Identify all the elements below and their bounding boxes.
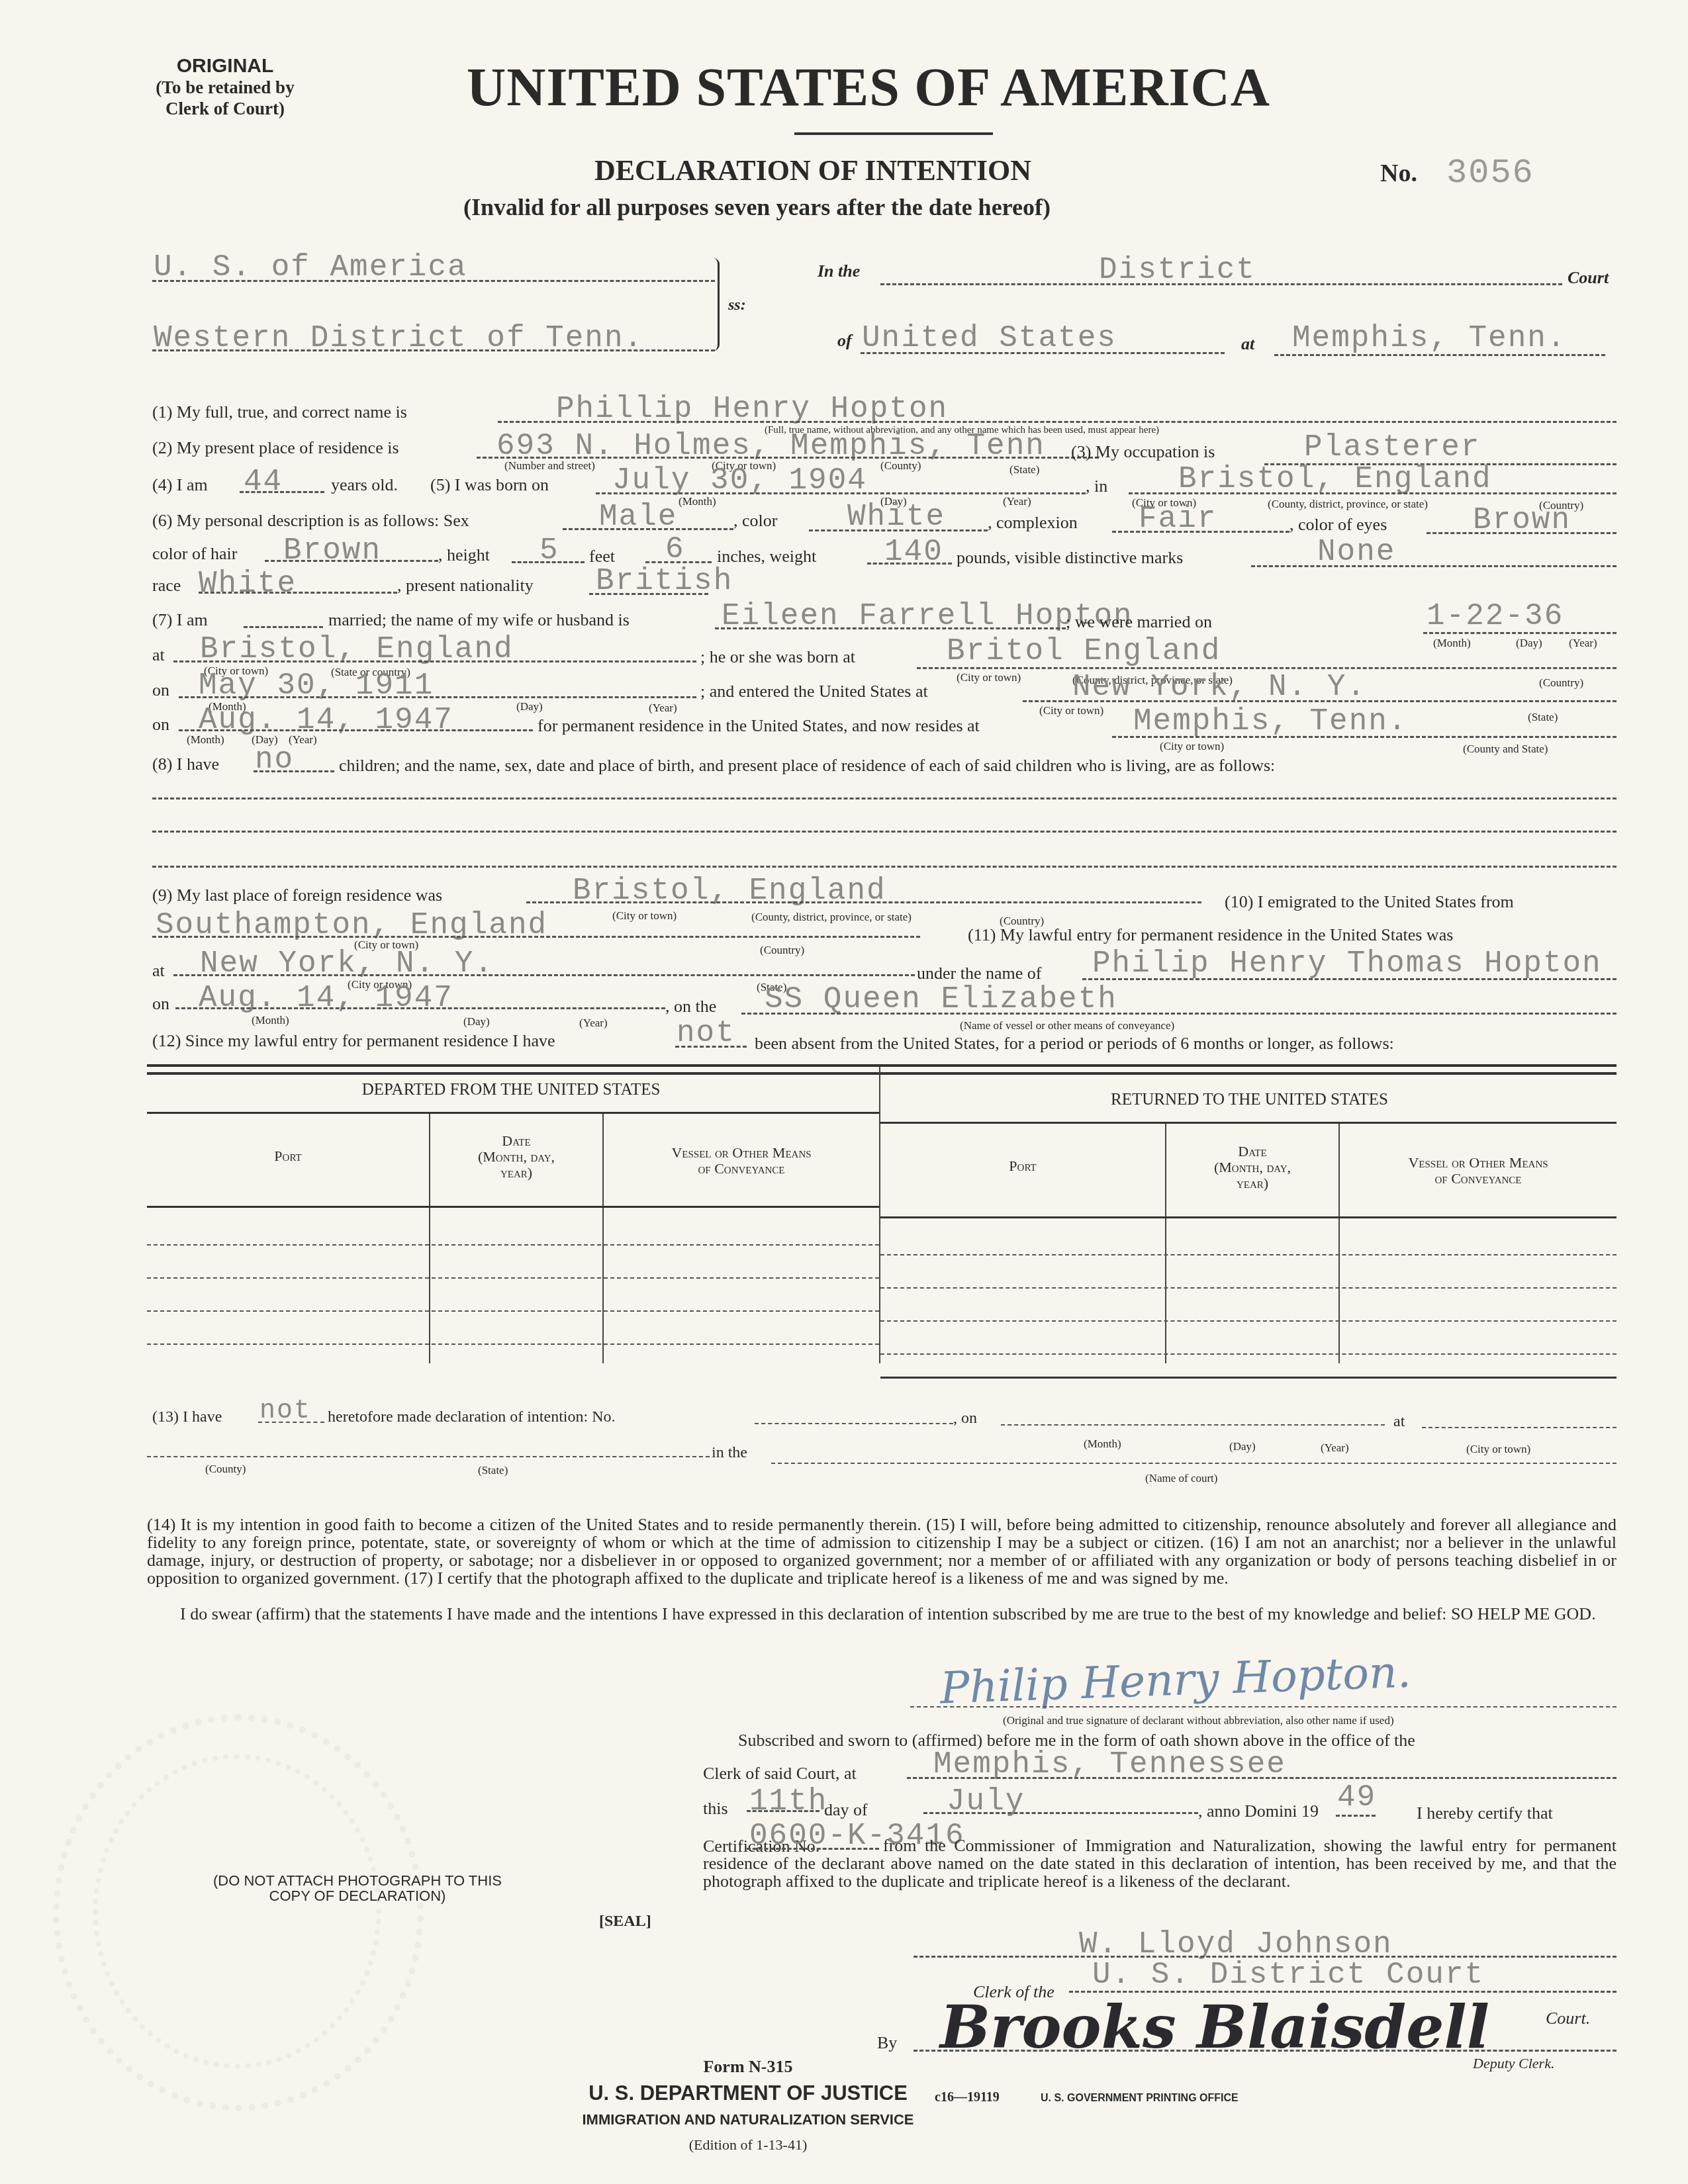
departed-header-rule [147, 1206, 879, 1208]
spouse-resides-line [1112, 736, 1617, 738]
oath-paragraph: (14) It is my intention in good faith to… [147, 1516, 1617, 1587]
table-bottom-rule [880, 1377, 1617, 1379]
caption-year: (Year) [1003, 495, 1031, 508]
date-header-line-2: (Month, day, [430, 1149, 602, 1165]
q9-label: (9) My last place of foreign residence w… [152, 886, 442, 905]
caption-resides-city: (City or town) [1160, 740, 1224, 753]
q13-date-line [1001, 1424, 1385, 1426]
spouse-entered-label: ; and entered the United States at [700, 682, 928, 702]
date-header-line-3: year) [430, 1165, 602, 1181]
court-type-line [880, 283, 1562, 285]
departed-row-3[interactable] [147, 1310, 879, 1312]
anno-domini-label: , anno Domini 19 [1198, 1801, 1319, 1821]
caption-emigrated-country: (Country) [760, 944, 804, 957]
returned-col-port: Port [880, 1158, 1165, 1174]
caption-spouse-entry-city: (City or town) [1039, 704, 1103, 717]
returned-row-4[interactable] [880, 1353, 1617, 1355]
caption-foreign-city: (City or town) [612, 909, 677, 923]
q13-label: (13) I have [152, 1408, 222, 1426]
by-label: By [877, 2033, 897, 2053]
court-of-line [861, 352, 1225, 354]
hair-line [265, 560, 438, 562]
caption-spouse-entry-state: (State) [1528, 711, 1558, 724]
entry-name: Philip Henry Thomas Hopton [1092, 946, 1602, 981]
vessel-header-line-2: of Conveyance [1340, 1171, 1617, 1187]
vessel-header-line-2: of Conveyance [604, 1161, 879, 1177]
nationality-label: , present nationality [397, 576, 534, 596]
court-location: Memphis, Tenn. [1292, 321, 1566, 355]
height-inches-line [645, 561, 712, 563]
children-detail-line-2 [152, 831, 1617, 833]
clerk-court: U. S. District Court [1092, 1958, 1484, 1992]
of-label: of [837, 331, 852, 351]
q13-at-label: at [1393, 1413, 1405, 1431]
returned-col-date: Date (Month, day, year) [1166, 1144, 1338, 1191]
caption-entry-date-month: (Month) [252, 1014, 289, 1027]
original-label: ORIGINAL (To be retained by Clerk of Cou… [146, 56, 305, 119]
q13-caption-day: (Day) [1229, 1440, 1256, 1453]
declarant-signature-line [910, 1706, 1617, 1707]
returned-col-vessel: Vessel or Other Means of Conveyance [1340, 1155, 1617, 1187]
table-center-divider [879, 1067, 880, 1363]
spouse-born-on-label: on [152, 680, 169, 700]
court-label: Court [1568, 268, 1609, 288]
departed-row-4[interactable] [147, 1343, 879, 1345]
original-text: ORIGINAL [146, 56, 305, 77]
returned-row-2[interactable] [880, 1287, 1617, 1289]
height-label: , height [438, 545, 490, 565]
married-date-line [1423, 632, 1617, 634]
color-label: , color [733, 511, 777, 531]
caption-county-state: (County and State) [1463, 743, 1548, 756]
caption-foreign-county: (County, district, province, or state) [751, 911, 912, 924]
children-line [254, 770, 334, 772]
caption-married-year: (Year) [1569, 637, 1597, 650]
table-top-rule-2 [147, 1072, 1617, 1075]
q10-label: (10) I emigrated to the United States fr… [1225, 892, 1514, 912]
q13-caption-city: (City or town) [1466, 1443, 1530, 1456]
returned-title: RETURNED TO THE UNITED STATES [884, 1092, 1615, 1108]
caption-entry-date-year: (Year) [579, 1017, 608, 1030]
declarant-signature: Philip Henry Hopton. [939, 1647, 1412, 1714]
form-number: Form N-315 [616, 2057, 880, 2077]
photo-note-line-1: (DO NOT ATTACH PHOTOGRAPH TO THIS [159, 1873, 556, 1888]
hair-label: color of hair [152, 544, 238, 564]
title-rule [794, 132, 993, 135]
spouse-entry-place: New York, N. Y. [1072, 670, 1366, 704]
q12-text: been absent from the United States, for … [755, 1034, 1394, 1054]
caption-married-day: (Day) [1516, 637, 1542, 650]
venue-country-line [152, 280, 715, 282]
validity-note: (Invalid for all purposes seven years af… [463, 193, 1051, 221]
day-of-label: day of [824, 1800, 868, 1820]
declaration-number: 3056 [1446, 154, 1534, 193]
married-at-label: at [152, 645, 165, 665]
deputy-clerk-label: Deputy Clerk. [1473, 2055, 1554, 2072]
full-name-line [498, 421, 1617, 423]
entry-date: Aug. 14, 1947 [199, 981, 453, 1015]
caption-month: (Month) [679, 495, 716, 508]
caption-number-street: (Number and street) [504, 459, 595, 473]
spouse-birth-date-line [179, 696, 696, 698]
departed-row-1[interactable] [147, 1244, 879, 1246]
court-location-line [1274, 354, 1605, 356]
spouse-name-line [715, 627, 1066, 629]
departed-col-vessel: Vessel or Other Means of Conveyance [604, 1145, 879, 1177]
seal-label: [SEAL] [599, 1913, 651, 1931]
marital-status-line [244, 626, 323, 628]
this-label: this [703, 1799, 728, 1819]
q1-label: (1) My full, true, and correct name is [152, 402, 407, 422]
q13-caption-county: (County) [205, 1463, 246, 1476]
returned-row-1[interactable] [880, 1254, 1617, 1255]
nationality-line [589, 593, 708, 595]
children-detail-line-1 [152, 797, 1617, 799]
married-date: 1-22-36 [1427, 599, 1564, 633]
in-label: , in [1086, 477, 1107, 496]
q13-value-line [258, 1422, 324, 1423]
returned-row-3[interactable] [880, 1320, 1617, 1322]
q5-label: (5) I was born on [430, 475, 549, 495]
venue-brace [714, 258, 720, 351]
photo-note-line-2: COPY OF DECLARATION) [159, 1888, 556, 1903]
sex-line [563, 528, 733, 530]
age-line [240, 491, 324, 493]
at-label: at [1241, 334, 1254, 354]
on-the-label: , on the [665, 997, 716, 1017]
ss-label: ss: [728, 296, 746, 314]
q3-label: (3) My occupation is [1071, 442, 1215, 462]
number-label: No. [1380, 159, 1417, 188]
q13-in-the-label: in the [712, 1444, 747, 1462]
caption-spouse-day: (Day) [516, 700, 543, 713]
departed-col-port: Port [147, 1148, 429, 1164]
spouse-entry-place-line [1023, 700, 1617, 702]
spouse-resides: Memphis, Tenn. [1133, 704, 1407, 739]
birth-place: Bristol, England [1178, 462, 1492, 496]
q13-text: heretofore made declaration of intention… [328, 1408, 616, 1426]
jurat-day-line [747, 1810, 820, 1812]
color-line [809, 529, 988, 531]
q13-caption-month: (Month) [1084, 1437, 1121, 1451]
years-old-label: years old. [331, 475, 398, 495]
height-feet-line [512, 561, 585, 563]
spouse-entry-date-line [179, 729, 533, 731]
form-subtitle: DECLARATION OF INTENTION [594, 154, 1031, 187]
q13-city-line [1422, 1427, 1617, 1428]
married-place-line [173, 660, 696, 662]
hair: Brown [283, 533, 381, 568]
jurat-place-line [907, 1777, 1617, 1779]
caption-spouse-year: (Year) [649, 702, 677, 715]
spouse-born-label: ; he or she was born at [700, 647, 855, 667]
birth-place-line [1129, 492, 1617, 494]
race-line [199, 592, 397, 594]
last-foreign-residence-line [526, 901, 1201, 903]
departed-row-2[interactable] [147, 1277, 879, 1279]
occupation: Plasterer [1304, 430, 1480, 465]
complexion-line [1112, 531, 1289, 533]
returned-header-rule [880, 1216, 1617, 1218]
eyes-line [1427, 532, 1617, 534]
caption-state: (State) [1009, 463, 1039, 477]
court-suffix-label: Court. [1546, 2009, 1590, 2028]
jurat-year: 49 [1337, 1780, 1376, 1815]
entry-name-line [1082, 978, 1617, 980]
jurat-year-line [1336, 1815, 1376, 1817]
entry-date-line [175, 1007, 665, 1009]
departed-title: DEPARTED FROM THE UNITED STATES [147, 1082, 875, 1098]
swear-paragraph: I do swear (affirm) that the statements … [147, 1605, 1617, 1623]
marks-line [1251, 565, 1617, 567]
clerk-at-label: Clerk of said Court, at [703, 1764, 857, 1784]
signature-caption: (Original and true signature of declaran… [1003, 1714, 1394, 1727]
departed-col-date: Date (Month, day, year) [430, 1133, 602, 1181]
q7-label: (7) I am [152, 610, 208, 630]
age: 44 [244, 465, 283, 499]
q12-label: (12) Since my lawful entry for permanent… [152, 1031, 555, 1051]
race-label: race [152, 576, 181, 596]
court-of: United States [862, 321, 1117, 355]
q6-label: (6) My personal description is as follow… [152, 511, 469, 531]
caption-entry-date-day: (Day) [463, 1015, 490, 1028]
absent-line [675, 1046, 747, 1048]
retained-line-2: Clerk of Court) [146, 98, 305, 119]
emigrated-from-line [152, 936, 920, 938]
retained-line-1: (To be retained by [146, 77, 305, 98]
q8-label: (8) I have [152, 754, 219, 774]
children-detail-line-3 [152, 866, 1617, 868]
birth-date-line [596, 492, 1086, 494]
residence-line [477, 457, 1099, 459]
vessel-header-line-1: Vessel or Other Means [604, 1145, 879, 1161]
deputy-signature: Brooks Blaisdell [940, 1992, 1489, 2062]
q13-county-state-line [147, 1456, 710, 1457]
q13-caption-court: (Name of court) [1145, 1472, 1218, 1485]
q13-caption-year: (Year) [1321, 1441, 1349, 1455]
vessel-line [741, 1013, 1617, 1015]
q13-caption-state: (State) [478, 1464, 508, 1477]
venue-district-line [152, 349, 715, 351]
department-name: U. S. DEPARTMENT OF JUSTICE [549, 2081, 947, 2105]
caption-vessel: (Name of vessel or other means of convey… [960, 1019, 1174, 1032]
caption-county: (County) [880, 459, 921, 473]
under-name-label: under the name of [917, 964, 1041, 983]
caption-spouse-country: (Country) [1539, 676, 1583, 690]
caption-married-month: (Month) [1433, 637, 1471, 650]
caption-spouse-city: (City or town) [957, 671, 1021, 684]
weight-line [867, 563, 952, 565]
spouse-entry-on-label: on [152, 715, 169, 735]
vessel: SS Queen Elizabeth [765, 982, 1117, 1017]
marks: None [1317, 535, 1395, 569]
service-name: IMMIGRATION AND NATURALIZATION SERVICE [549, 2111, 947, 2128]
q13-court-line [771, 1463, 1617, 1464]
spouse-birthplace: Britol England [947, 634, 1221, 668]
permanent-label: for permanent residence in the United St… [538, 716, 980, 736]
entry-place-line [173, 974, 915, 976]
print-code: c16—19119 [935, 2090, 1000, 2105]
entry-at-label: at [152, 961, 165, 981]
date-header-line-1: Date [430, 1133, 602, 1149]
edition: (Edition of 1-13-41) [549, 2136, 947, 2154]
entry-on-label: on [152, 994, 169, 1014]
race: White [199, 567, 297, 601]
departed-title-rule [147, 1112, 879, 1114]
q4-label: (4) I am [152, 475, 208, 495]
page-title: UNITED STATES OF AMERICA [467, 56, 1270, 118]
q11-label: (11) My lawful entry for permanent resid… [968, 925, 1453, 945]
vessel-header-line-1: Vessel or Other Means [1340, 1155, 1617, 1171]
marks-label: pounds, visible distinctive marks [957, 548, 1183, 568]
photo-note: (DO NOT ATTACH PHOTOGRAPH TO THIS COPY O… [159, 1873, 556, 1903]
in-the-label: In the [818, 261, 860, 281]
spouse-birthplace-line [917, 667, 1617, 669]
date-header-line-2: (Month, day, [1166, 1160, 1338, 1175]
married-label: married; the name of my wife or husband … [328, 610, 630, 630]
date-header-line-3: year) [1166, 1175, 1338, 1191]
married-on-label: ; we were married on [1066, 612, 1212, 632]
returned-title-rule [880, 1122, 1617, 1124]
certify-label: I hereby certify that [1417, 1803, 1553, 1823]
children-text: children; and the name, sex, date and pl… [339, 756, 1275, 776]
eyes-label: , color of eyes [1289, 515, 1387, 535]
printing-office: U. S. GOVERNMENT PRINTING OFFICE [1041, 2093, 1239, 2105]
date-header-line-1: Date [1166, 1144, 1338, 1160]
q13-number-line [755, 1423, 953, 1424]
caption-entry-month: (Month) [187, 733, 224, 747]
q2-label: (2) My present place of residence is [152, 438, 399, 458]
jurat-day: 11th [749, 1784, 827, 1819]
q13-on-label: , on [953, 1410, 977, 1428]
jurat-month-line [923, 1812, 1198, 1814]
spouse-entry-date: Aug. 14, 1947 [199, 703, 453, 737]
court-type: District [1099, 253, 1256, 287]
embossed-seal-inner [93, 1754, 381, 2069]
caption-county-district: (County, district, province, or state) [1268, 498, 1428, 511]
cert-text: from the Commissioner of Immigration and… [703, 1837, 1617, 1890]
complexion-label: , complexion [988, 513, 1078, 533]
table-top-rule-1 [147, 1064, 1617, 1067]
